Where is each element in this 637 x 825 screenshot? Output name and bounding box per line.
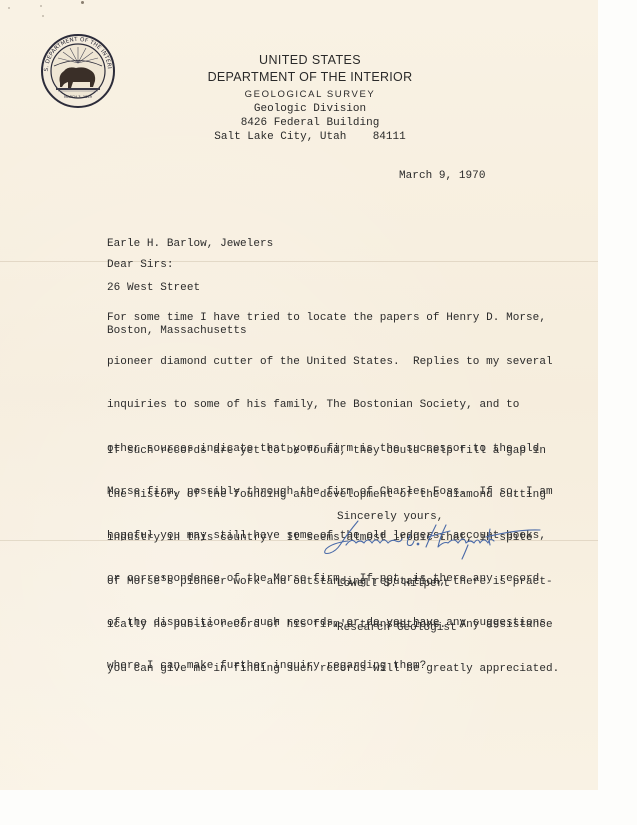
letterhead-city: Salt Lake City, Utah 84111 [190, 130, 430, 144]
text-line: the history of the founding and developm… [107, 488, 559, 503]
letterhead-agency: GEOLOGICAL SURVEY [190, 88, 430, 102]
paper-speck [40, 5, 42, 7]
salutation: Dear Sirs: [107, 258, 174, 273]
text-line: inquiries to some of his family, The Bos… [107, 398, 553, 413]
paper-speck [42, 15, 44, 17]
signer-block: Lowell S. Hilpert Research Geologist [337, 548, 457, 650]
svg-text:MARCH 3, 1849: MARCH 3, 1849 [64, 95, 93, 99]
text-line: you can give me in finding such records … [107, 662, 559, 677]
signer-title: Research Geologist [337, 621, 457, 636]
department-of-interior-seal-icon: U.S. DEPARTMENT OF THE INTERIOR MARCH 3,… [40, 33, 116, 109]
paper-speck [8, 7, 10, 9]
letterhead: UNITED STATES DEPARTMENT OF THE INTERIOR… [190, 52, 430, 144]
text-line: For some time I have tried to locate the… [107, 311, 553, 326]
letterhead-building: 8426 Federal Building [190, 116, 430, 130]
signer-name: Lowell S. Hilpert [337, 577, 457, 592]
text-line: of Morse's pioneer work and outstanding … [107, 575, 559, 590]
text-line: ically no public record of his firm's tr… [107, 618, 559, 633]
text-line: If such records are yet to be found, the… [107, 444, 559, 459]
recipient-line: Earle H. Barlow, Jewelers [107, 237, 273, 252]
letterhead-country: UNITED STATES [190, 52, 430, 69]
letterhead-department: DEPARTMENT OF THE INTERIOR [190, 69, 430, 86]
letter-date: March 9, 1970 [399, 169, 485, 184]
fold-line [0, 261, 598, 262]
text-line: pioneer diamond cutter of the United Sta… [107, 355, 553, 370]
letterhead-division: Geologic Division [190, 102, 430, 116]
paper-speck [81, 1, 84, 4]
